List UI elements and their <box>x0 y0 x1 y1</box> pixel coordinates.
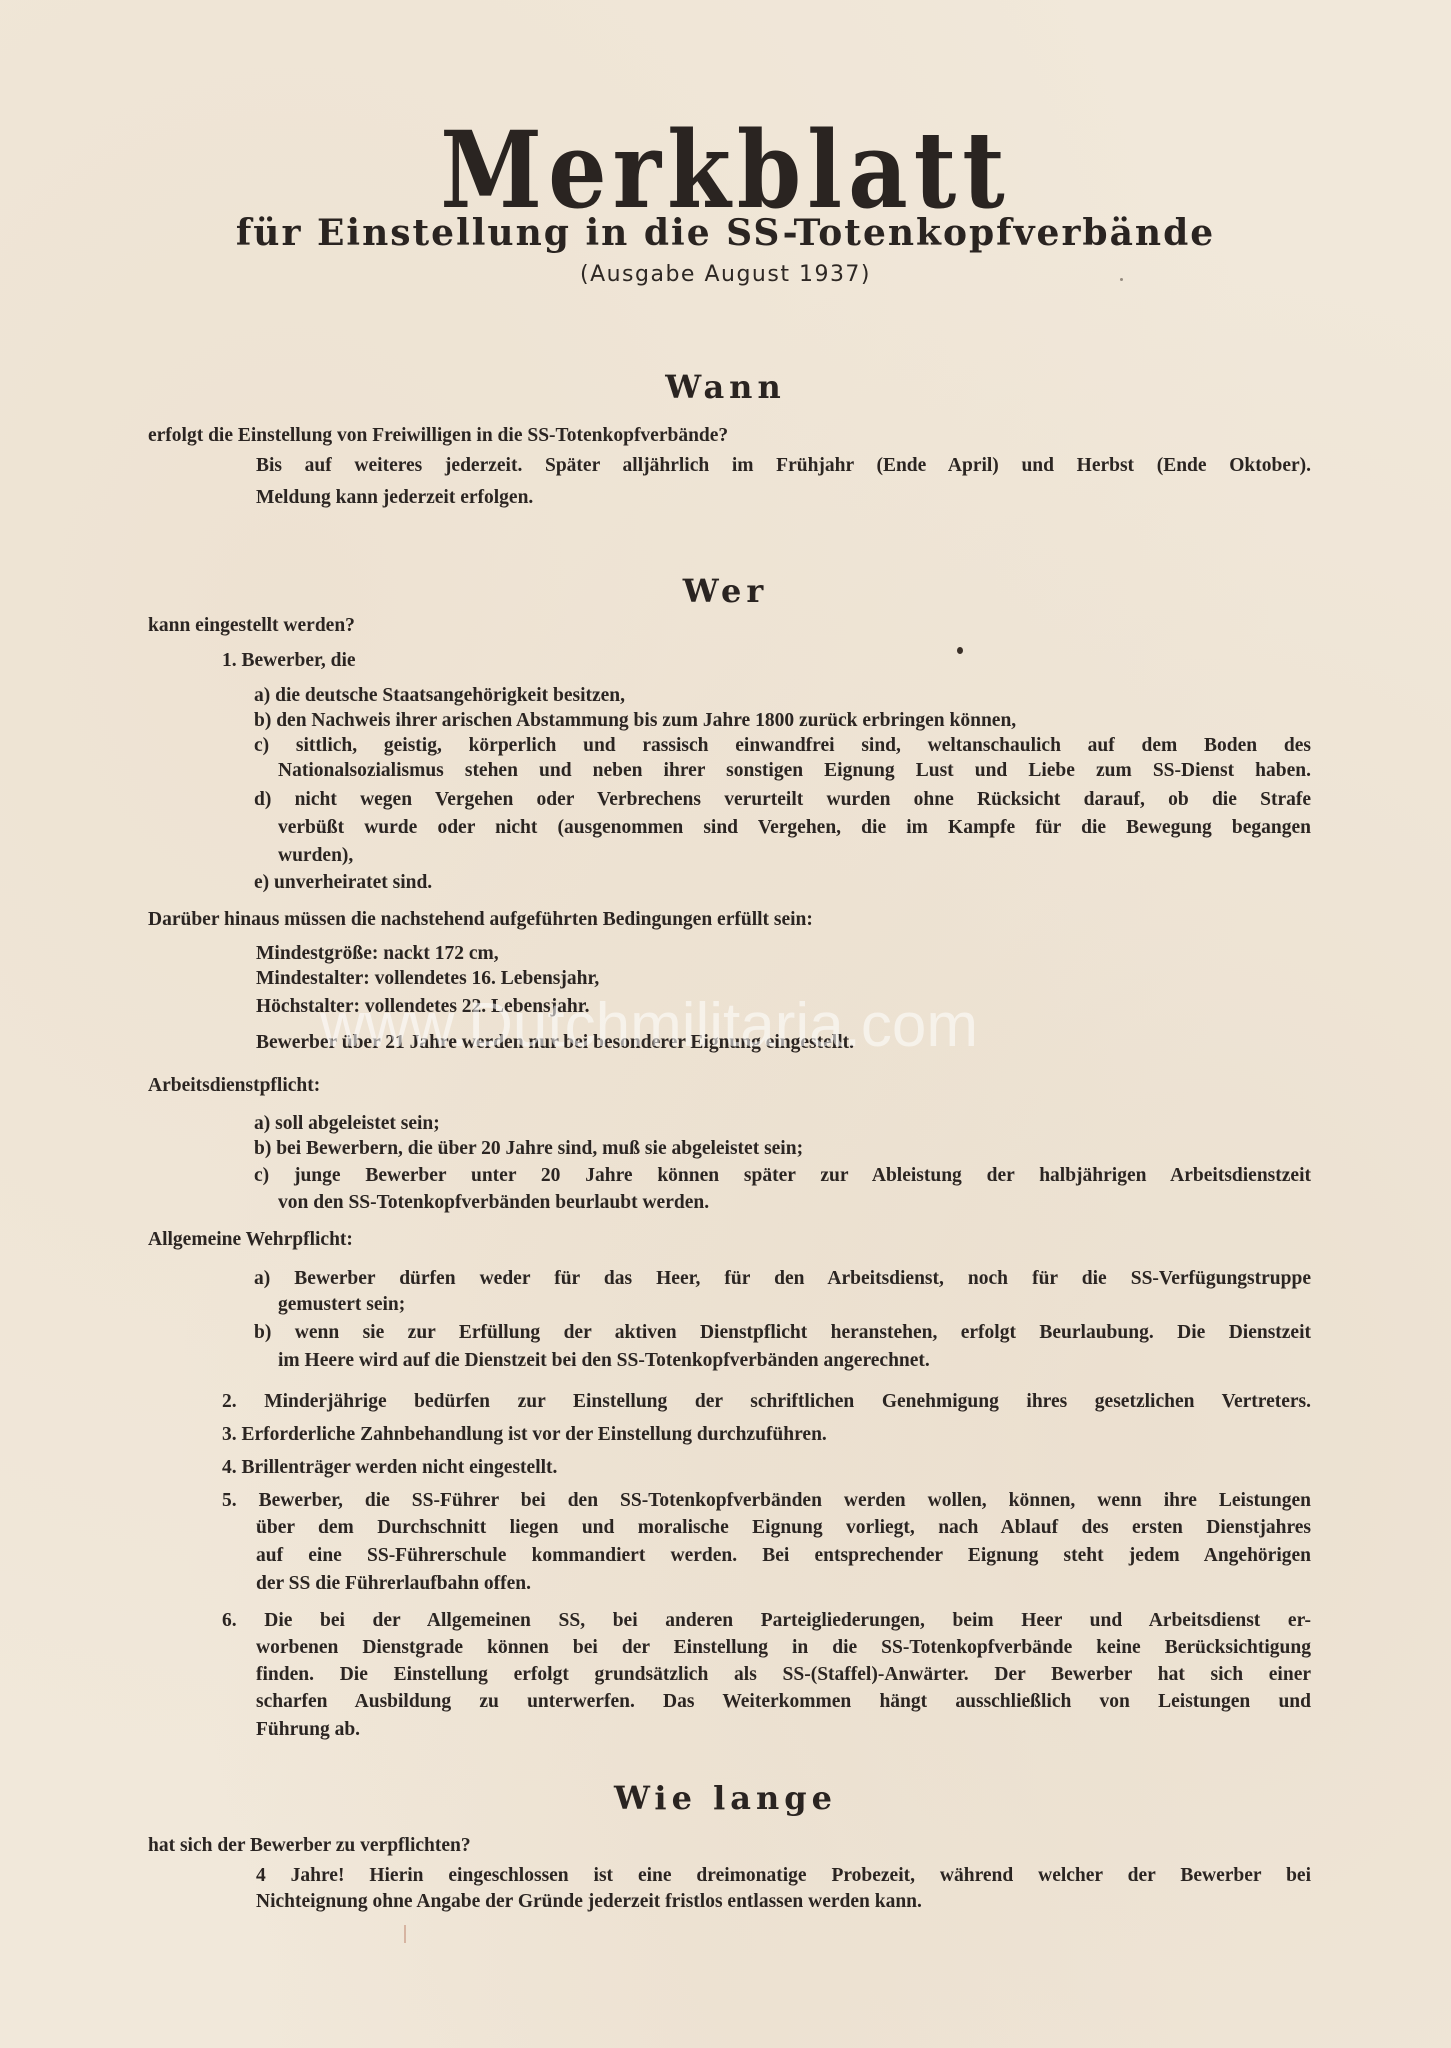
wer-item-1a: a) die deutsche Staatsangehörigkeit besi… <box>254 685 625 707</box>
wer-item-5-line-2: über dem Durchschnitt liegen und moralis… <box>256 1517 1311 1539</box>
labor-item-c-line-2: von den SS-Totenkopfverbänden beurlaubt … <box>278 1192 709 1214</box>
condition-over-21-note: Bewerber über 21 Jahre werden nur bei be… <box>256 1032 854 1054</box>
wer-item-4: 4. Brillenträger werden nicht eingestell… <box>222 1457 557 1479</box>
military-item-b-line-1: b) wenn sie zur Erfüllung der aktiven Di… <box>254 1322 1311 1344</box>
paper-mark <box>404 1925 406 1943</box>
wer-item-5-line-1: 5. Bewerber, die SS-Führer bei den SS-To… <box>222 1490 1311 1512</box>
wann-line-2: Meldung kann jederzeit erfolgen. <box>256 487 533 509</box>
military-item-a-line-1: a) Bewerber dürfen weder für das Heer, f… <box>254 1268 1311 1290</box>
labor-item-c-line-1: c) junge Bewerber unter 20 Jahre können … <box>254 1165 1311 1187</box>
wann-line-1: Bis auf weiteres jederzeit. Später alljä… <box>256 455 1311 477</box>
wer-item-6-line-4: scharfen Ausbildung zu unterwerfen. Das … <box>256 1691 1311 1713</box>
condition-min-age: Mindestalter: vollendetes 16. Lebensjahr… <box>256 968 599 990</box>
document-edition: (Ausgabe August 1937) <box>0 262 1451 287</box>
wer-item-1d-line-3: wurden), <box>278 845 353 867</box>
wer-item-1d-line-2: verbüßt wurde oder nicht (ausgenommen si… <box>278 817 1311 839</box>
military-item-b-line-2: im Heere wird auf die Dienstzeit bei den… <box>278 1350 930 1372</box>
wer-question: kann eingestellt werden? <box>148 615 355 637</box>
labor-item-a: a) soll abgeleistet sein; <box>254 1113 440 1135</box>
ink-speck <box>1120 278 1123 281</box>
wer-item-6-line-2: worbenen Dienstgrade können bei der Eins… <box>256 1637 1311 1659</box>
wer-item-5-line-3: auf eine SS-Führerschule kommandiert wer… <box>256 1545 1311 1567</box>
conditions-intro: Darüber hinaus müssen die nachstehend au… <box>148 909 813 931</box>
wer-item-3: 3. Erforderliche Zahnbehandlung ist vor … <box>222 1424 827 1446</box>
wer-item-2: 2. Minderjährige bedürfen zur Einstellun… <box>222 1391 1311 1413</box>
wer-item-6-line-1: 6. Die bei der Allgemeinen SS, bei ander… <box>222 1610 1311 1632</box>
wie-lange-question: hat sich der Bewerber zu verpflichten? <box>148 1835 471 1857</box>
labor-item-b: b) bei Bewerbern, die über 20 Jahre sind… <box>254 1138 803 1160</box>
section-heading-wer: Wer <box>0 572 1451 610</box>
section-heading-wann: Wann <box>0 368 1451 406</box>
ink-speck <box>957 647 963 654</box>
wann-question: erfolgt die Einstellung von Freiwilligen… <box>148 425 728 447</box>
wer-item-1d-line-1: d) nicht wegen Vergehen oder Verbrechens… <box>254 789 1311 811</box>
wer-item-1c-line-1: c) sittlich, geistig, körperlich und ras… <box>254 735 1311 757</box>
wer-item-6-line-3: finden. Die Einstellung erfolgt grundsät… <box>256 1664 1311 1686</box>
military-item-a-line-2: gemustert sein; <box>278 1294 405 1316</box>
military-service-label: Allgemeine Wehrpflicht: <box>148 1229 353 1251</box>
wer-item-1b: b) den Nachweis ihrer arischen Abstammun… <box>254 710 1016 732</box>
wie-lange-line-2: Nichteignung ohne Angabe der Gründe jede… <box>256 1891 922 1913</box>
document-page: Merkblatt für Einstellung in die SS-Tote… <box>0 0 1451 2048</box>
wer-item-1-intro: 1. Bewerber, die <box>222 650 356 672</box>
condition-max-age: Höchstalter: vollendetes 22. Lebensjahr. <box>256 996 589 1018</box>
labor-service-label: Arbeitsdienstpflicht: <box>148 1075 320 1097</box>
wer-item-6-line-5: Führung ab. <box>256 1719 360 1741</box>
wie-lange-line-1: 4 Jahre! Hierin eingeschlossen ist eine … <box>256 1865 1311 1887</box>
wer-item-1e: e) unverheiratet sind. <box>254 872 432 894</box>
wer-item-5-line-4: der SS die Führerlaufbahn offen. <box>256 1573 531 1595</box>
section-heading-wie-lange: Wie lange <box>0 1779 1451 1817</box>
wer-item-1c-line-2: Nationalsozialismus stehen und neben ihr… <box>278 760 1311 782</box>
condition-min-height: Mindestgröße: nackt 172 cm, <box>256 943 499 965</box>
document-subtitle: für Einstellung in die SS-Totenkopfverbä… <box>0 212 1451 254</box>
